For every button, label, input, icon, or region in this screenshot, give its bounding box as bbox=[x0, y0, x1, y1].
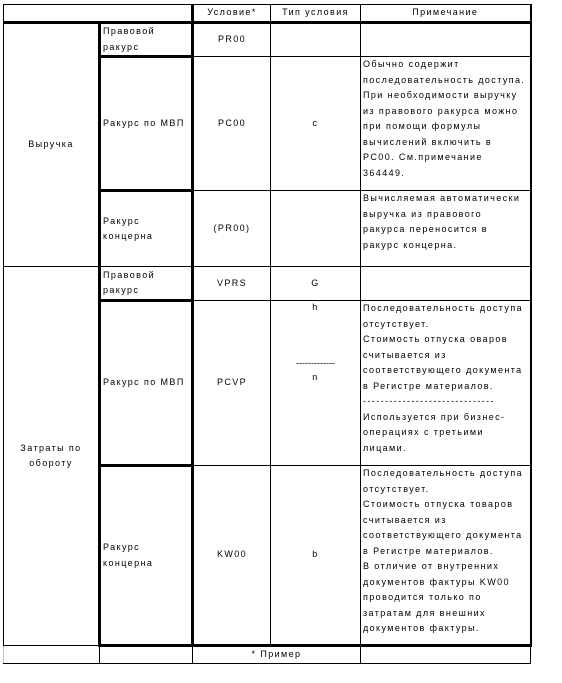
view-cell: Правовой ракурс bbox=[100, 23, 193, 57]
header-note: Примечание bbox=[361, 5, 531, 23]
table-row: Затраты по обороту Правовой ракурс VPRS … bbox=[4, 267, 531, 301]
condition-cell: KW00 bbox=[193, 466, 271, 646]
footer-empty bbox=[361, 646, 531, 664]
header-group bbox=[4, 5, 193, 23]
type-cell bbox=[271, 23, 361, 57]
note-cell bbox=[361, 23, 531, 57]
note-cell: Последовательность доступа отсутствует. … bbox=[361, 301, 531, 466]
footnote: * Пример bbox=[193, 646, 361, 664]
conditions-table-sheet: Условие* Тип условия Примечание Выручка … bbox=[3, 4, 532, 664]
view-cell: Ракурс концерна bbox=[100, 191, 193, 267]
type-cell: b bbox=[271, 466, 361, 646]
type-top: h bbox=[273, 301, 358, 313]
view-cell: Ракурс по МВП bbox=[100, 301, 193, 466]
type-cell: c bbox=[271, 57, 361, 191]
note-cell: Вычисляемая автоматически выручка из пра… bbox=[361, 191, 531, 267]
note-cell: Обычно содержит последовательность досту… bbox=[361, 57, 531, 191]
type-cell: G bbox=[271, 267, 361, 301]
note-cell bbox=[361, 267, 531, 301]
footer-row: * Пример bbox=[4, 646, 531, 664]
conditions-table: Условие* Тип условия Примечание Выручка … bbox=[3, 4, 532, 664]
condition-cell: PR00 bbox=[193, 23, 271, 57]
footer-empty bbox=[100, 646, 193, 664]
header-condition-type: Тип условия bbox=[271, 5, 361, 23]
condition-cell: (PR00) bbox=[193, 191, 271, 267]
type-value: n bbox=[273, 371, 358, 383]
note-cell: Последовательность доступа отсутствует. … bbox=[361, 466, 531, 646]
condition-cell: PC00 bbox=[193, 57, 271, 191]
condition-cell: PCVP bbox=[193, 301, 271, 466]
footer-empty bbox=[4, 646, 100, 664]
header-condition: Условие* bbox=[193, 5, 271, 23]
group-label-costs: Затраты по обороту bbox=[4, 267, 100, 646]
view-cell: Ракурс по МВП bbox=[100, 57, 193, 191]
view-cell: Правовой ракурс bbox=[100, 267, 193, 301]
group-label-revenue: Выручка bbox=[4, 23, 100, 267]
table-row: Выручка Правовой ракурс PR00 bbox=[4, 23, 531, 57]
type-cell: h ------------- n bbox=[271, 301, 361, 466]
type-cell bbox=[271, 191, 361, 267]
type-separator: ------------- bbox=[273, 357, 358, 369]
condition-cell: VPRS bbox=[193, 267, 271, 301]
header-row: Условие* Тип условия Примечание bbox=[4, 5, 531, 23]
view-cell: Ракурс концерна bbox=[100, 466, 193, 646]
